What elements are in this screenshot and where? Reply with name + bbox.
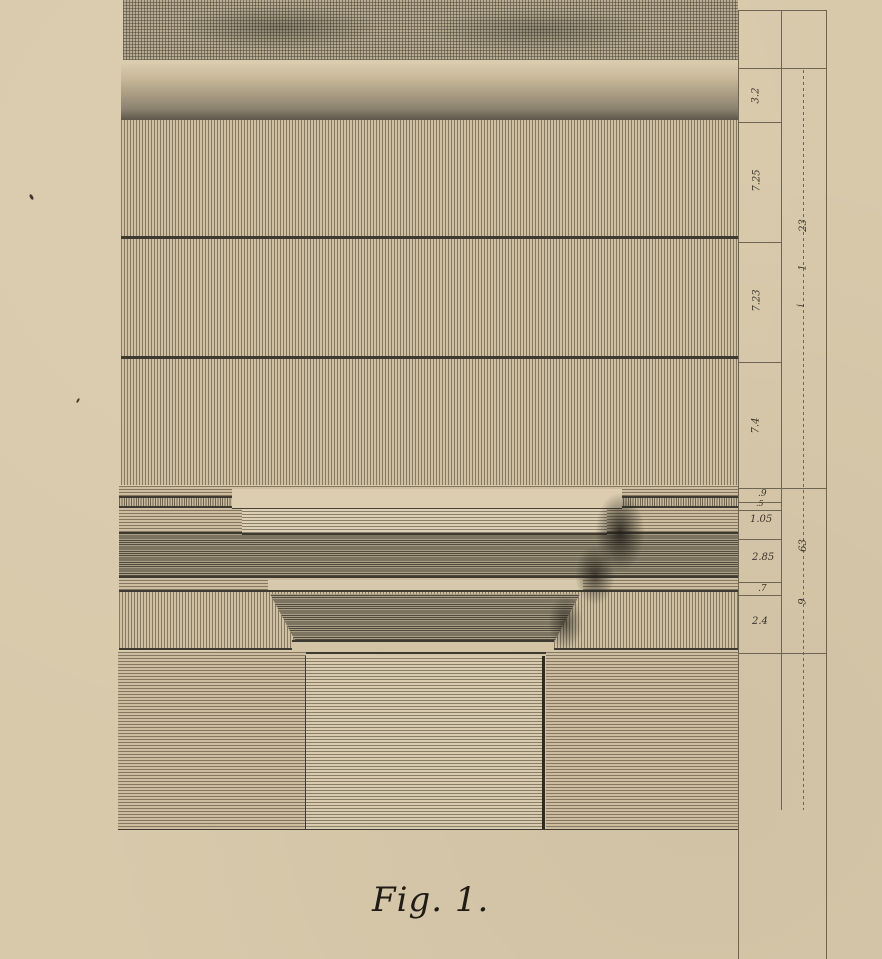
upper-fascia: [121, 120, 738, 238]
dim-lower-fascia: 7.4: [750, 418, 761, 434]
figure-caption: Fig. 1.: [372, 880, 489, 920]
dim-echinus: 2.85: [752, 552, 774, 563]
dim-outer-9: 9: [798, 598, 809, 604]
frieze-ornament: [430, 8, 650, 53]
wall-right: [546, 652, 739, 830]
tick: [738, 242, 782, 243]
dim-outer-i: i: [796, 304, 807, 307]
capital-bell: [270, 594, 580, 640]
dim-fillet: .9: [758, 489, 767, 499]
frieze-ornament: [180, 5, 380, 50]
plate-bottom-border: [118, 829, 739, 830]
dim-outer-63: 63: [798, 539, 809, 552]
torus-moulding: [121, 64, 738, 120]
tick: [738, 68, 826, 69]
capital-astragal: [292, 640, 554, 654]
tick: [738, 122, 782, 123]
tick: [738, 653, 826, 654]
dim-abacus: 1.05: [750, 514, 772, 525]
bell-shadow: [548, 595, 583, 650]
capital-projection-echinus: [262, 536, 587, 578]
dim-fillet-small: .5: [756, 499, 764, 508]
tick: [738, 595, 782, 596]
scale-line-outer: [826, 10, 827, 959]
capital-projection-annulet: [268, 580, 583, 592]
dim-outer-1: 1: [798, 264, 809, 270]
scale-dotted-axis: [803, 70, 804, 810]
dim-outer-23: 23: [798, 219, 809, 232]
pilaster-shaft: [305, 656, 545, 830]
capital-projection-top: [232, 489, 622, 509]
tick: [738, 539, 782, 540]
scale-line-mid: [781, 10, 782, 810]
wall-left: [118, 652, 306, 830]
dim-upper-fascia: 7.25: [752, 169, 763, 191]
scale-top: [738, 10, 827, 11]
engraving-plate: 3.2 7.25 7.23 7.4 .9 .5 1.05 2.85 .7 2.4…: [0, 0, 882, 959]
tick: [738, 362, 782, 363]
lower-fascia: [121, 359, 738, 485]
paper-speck: [29, 194, 35, 201]
capital-shadow: [575, 545, 615, 605]
scale-line-inner: [738, 10, 739, 959]
middle-fascia: [121, 239, 738, 357]
dim-annulet: .7: [758, 584, 767, 594]
tick: [738, 488, 826, 489]
capital-projection-abacus: [242, 509, 607, 535]
dim-torus: 3.2: [750, 88, 761, 104]
dim-middle-fascia: 7.23: [752, 289, 763, 311]
paper-speck: [76, 398, 80, 403]
tick: [738, 582, 782, 583]
tick: [738, 510, 782, 511]
dim-neck: 2.4: [752, 616, 768, 627]
